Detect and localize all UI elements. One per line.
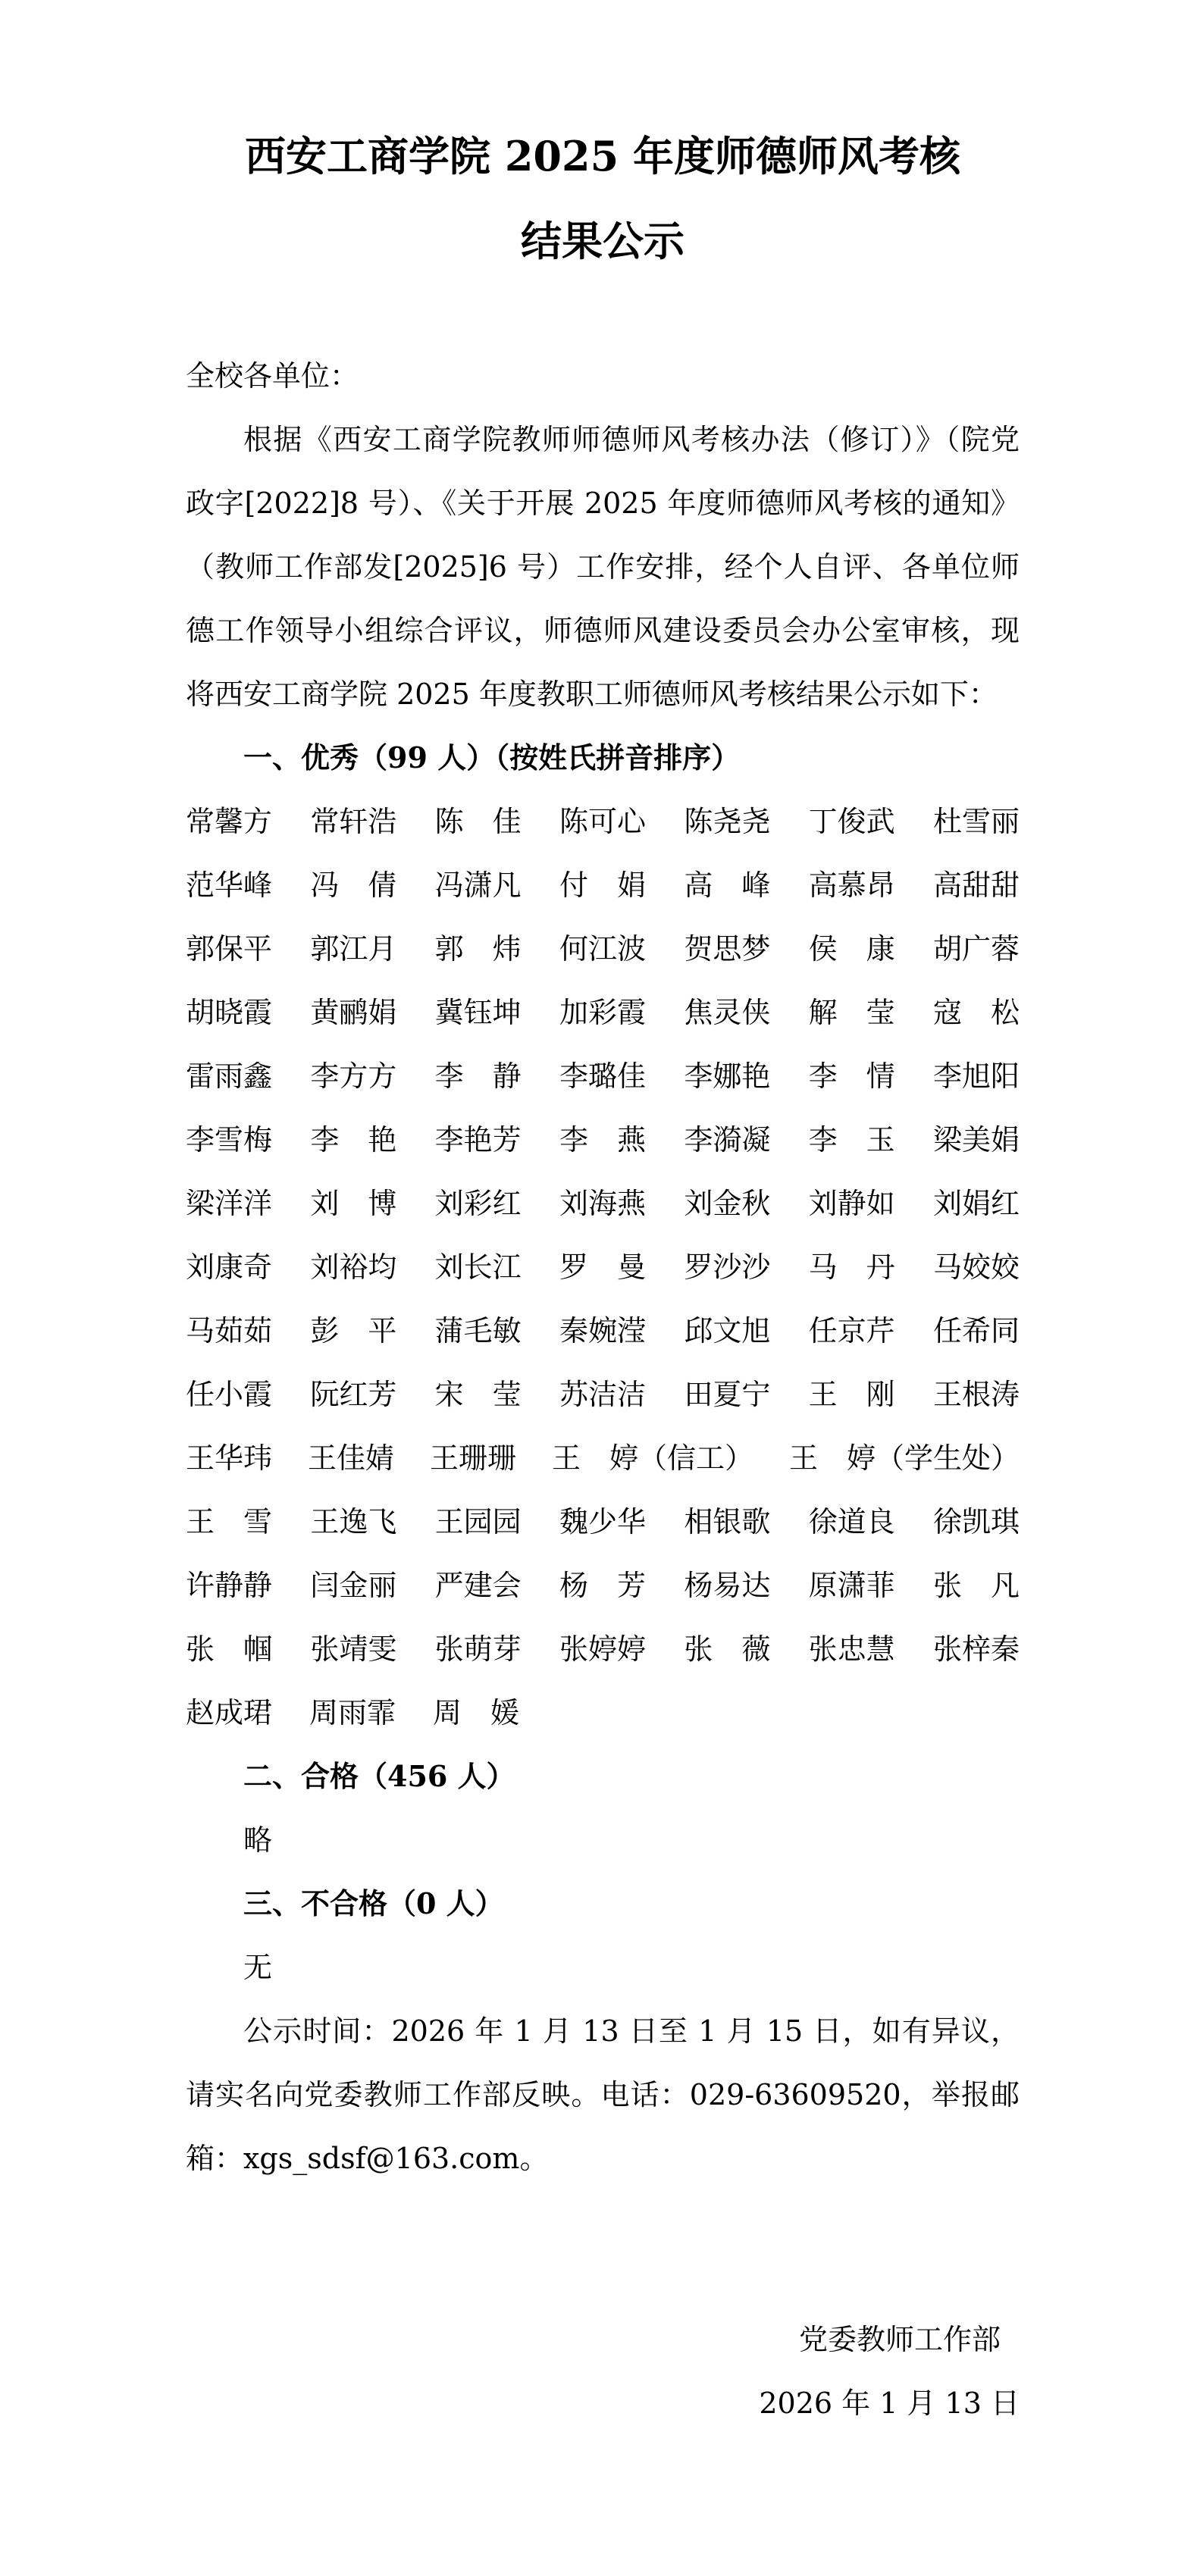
person-name: 彭 平 (310, 1299, 396, 1363)
person-name: 陈尧尧 (684, 790, 770, 853)
person-name: 冯潇凡 (435, 853, 522, 917)
title-line-2: 结果公示 (186, 199, 1020, 283)
person-name: 李 静 (435, 1044, 522, 1108)
person-name: 张 帼 (186, 1617, 272, 1681)
person-name: 张梓秦 (933, 1617, 1020, 1681)
person-name: 何江波 (559, 917, 646, 981)
person-name: 徐道良 (809, 1490, 895, 1554)
person-name: 罗沙沙 (684, 1235, 770, 1299)
person-name: 焦灵侠 (684, 981, 770, 1044)
document-title: 西安工商学院 2025 年度师德师风考核 结果公示 (186, 114, 1020, 283)
person-name: 王佳婧 (308, 1426, 394, 1490)
excellent-names-grid: 常馨方常轩浩陈 佳陈可心陈尧尧丁俊武杜雪丽范华峰冯 倩冯潇凡付 娟高 峰高慕昂高… (186, 790, 1020, 1745)
person-name: 范华峰 (186, 853, 272, 917)
person-name: 杨 芳 (559, 1554, 646, 1617)
person-name: 杜雪丽 (933, 790, 1020, 853)
person-name: 王逸飞 (310, 1490, 396, 1554)
person-name: 陈可心 (559, 790, 646, 853)
person-name: 梁美娟 (933, 1108, 1020, 1172)
person-name: 常馨方 (186, 790, 272, 853)
person-name: 郭 炜 (435, 917, 522, 981)
person-name: 冯 倩 (310, 853, 396, 917)
person-name: 李艳芳 (435, 1108, 522, 1172)
person-name: 胡广蓉 (933, 917, 1020, 981)
person-name: 李 燕 (559, 1108, 646, 1172)
person-name: 秦婉滢 (559, 1299, 646, 1363)
person-name: 刘康奇 (186, 1235, 272, 1299)
person-name: 原潇菲 (809, 1554, 895, 1617)
names-row: 张 帼张靖雯张萌芽张婷婷张 薇张忠慧张梓秦 (186, 1617, 1020, 1681)
person-name: 贺思梦 (684, 917, 770, 981)
person-name: 李旭阳 (933, 1044, 1020, 1108)
person-name: 李雪梅 (186, 1108, 272, 1172)
person-name: 王珊珊 (430, 1426, 516, 1490)
person-name: 任希同 (933, 1299, 1020, 1363)
section-3-heading: 三、不合格（0 人） (186, 1872, 1020, 1936)
names-row: 王 雪王逸飞王园园魏少华相银歌徐道良徐凯琪 (186, 1490, 1020, 1554)
person-name: 李漪凝 (684, 1108, 770, 1172)
person-name: 严建会 (435, 1554, 522, 1617)
person-name: 刘金秋 (684, 1172, 770, 1235)
person-name: 郭保平 (186, 917, 272, 981)
intro-paragraph: 根据《西安工商学院教师师德师风考核办法（修订）》（院党政字[2022]8 号）、… (186, 408, 1020, 726)
section-2-body: 略 (186, 1808, 1020, 1872)
names-row: 范华峰冯 倩冯潇凡付 娟高 峰高慕昂高甜甜 (186, 853, 1020, 917)
person-name: 李 情 (809, 1044, 895, 1108)
person-name: 王 雪 (186, 1490, 272, 1554)
person-name: 相银歌 (684, 1490, 770, 1554)
section-1-heading: 一、优秀（99 人）（按姓氏拼音排序） (186, 726, 1020, 790)
person-name: 李璐佳 (559, 1044, 646, 1108)
person-name: 付 娟 (559, 853, 646, 917)
person-name: 解 莹 (809, 981, 895, 1044)
person-name: 雷雨鑫 (186, 1044, 272, 1108)
person-name: 刘裕均 (310, 1235, 396, 1299)
person-name: 高慕昂 (809, 853, 895, 917)
person-name: 王 婷（学生处） (789, 1426, 1020, 1490)
person-name: 胡晓霞 (186, 981, 272, 1044)
person-name: 邱文旭 (684, 1299, 770, 1363)
person-name: 加彩霞 (559, 981, 646, 1044)
salutation: 全校各单位： (186, 344, 1020, 408)
person-name: 陈 佳 (435, 790, 522, 853)
person-name: 赵成珺 (186, 1681, 272, 1745)
person-name: 许静静 (186, 1554, 272, 1617)
person-name: 马茹茹 (186, 1299, 272, 1363)
names-row: 胡晓霞黄鹂娟冀钰坤加彩霞焦灵侠解 莹寇 松 (186, 981, 1020, 1044)
person-name: 李方方 (310, 1044, 396, 1108)
person-name: 张靖雯 (310, 1617, 396, 1681)
person-name: 张 凡 (933, 1554, 1020, 1617)
person-name: 冀钰坤 (435, 981, 522, 1044)
person-name: 杨易达 (684, 1554, 770, 1617)
person-name: 刘彩红 (435, 1172, 522, 1235)
person-name: 魏少华 (559, 1490, 646, 1554)
person-name: 刘海燕 (559, 1172, 646, 1235)
person-name: 闫金丽 (310, 1554, 396, 1617)
person-name: 刘 博 (310, 1172, 396, 1235)
person-name: 刘娟红 (933, 1172, 1020, 1235)
names-row: 刘康奇刘裕均刘长江罗 曼罗沙沙马 丹马姣姣 (186, 1235, 1020, 1299)
person-name: 苏洁洁 (559, 1363, 646, 1426)
signature-block: 党委教师工作部 2026 年 1 月 13 日 (186, 2308, 1020, 2435)
person-name: 王 刚 (809, 1363, 895, 1426)
person-name: 王 婷（信工） (552, 1426, 753, 1490)
person-name: 宋 莹 (435, 1363, 522, 1426)
person-name: 王园园 (435, 1490, 522, 1554)
person-name: 高甜甜 (933, 853, 1020, 917)
names-row: 郭保平郭江月郭 炜何江波贺思梦侯 康胡广蓉 (186, 917, 1020, 981)
person-name: 马姣姣 (933, 1235, 1020, 1299)
person-name: 黄鹂娟 (310, 981, 396, 1044)
person-name: 李 艳 (310, 1108, 396, 1172)
person-name: 张忠慧 (809, 1617, 895, 1681)
person-name: 丁俊武 (809, 790, 895, 853)
person-name: 罗 曼 (559, 1235, 646, 1299)
person-name: 张萌芽 (435, 1617, 522, 1681)
names-row: 李雪梅李 艳李艳芳李 燕李漪凝李 玉梁美娟 (186, 1108, 1020, 1172)
person-name: 马 丹 (809, 1235, 895, 1299)
person-name: 张 薇 (684, 1617, 770, 1681)
person-name: 田夏宁 (684, 1363, 770, 1426)
person-name: 徐凯琪 (933, 1490, 1020, 1554)
section-3-body: 无 (186, 1936, 1020, 1999)
person-name: 刘长江 (435, 1235, 522, 1299)
person-name: 王根涛 (933, 1363, 1020, 1426)
person-name: 郭江月 (310, 917, 396, 981)
title-line-1: 西安工商学院 2025 年度师德师风考核 (186, 114, 1020, 199)
person-name: 李娜艳 (684, 1044, 770, 1108)
person-name: 任京芹 (809, 1299, 895, 1363)
names-row: 赵成珺周雨霏周 媛 (186, 1681, 1020, 1745)
document-page: 西安工商学院 2025 年度师德师风考核 结果公示 全校各单位： 根据《西安工商… (0, 0, 1203, 2576)
person-name: 侯 康 (809, 917, 895, 981)
signature-date: 2026 年 1 月 13 日 (186, 2371, 1020, 2435)
names-row: 马茹茹彭 平蒲毛敏秦婉滢邱文旭任京芹任希同 (186, 1299, 1020, 1363)
notice-paragraph: 公示时间：2026 年 1 月 13 日至 1 月 15 日，如有异议，请实名向… (186, 1999, 1020, 2190)
person-name: 梁洋洋 (186, 1172, 272, 1235)
person-name: 阮红芳 (310, 1363, 396, 1426)
person-name: 李 玉 (809, 1108, 895, 1172)
names-row: 梁洋洋刘 博刘彩红刘海燕刘金秋刘静如刘娟红 (186, 1172, 1020, 1235)
signature-department: 党委教师工作部 (186, 2308, 1020, 2371)
person-name: 蒲毛敏 (435, 1299, 522, 1363)
person-name: 王华玮 (186, 1426, 272, 1490)
person-name: 张婷婷 (559, 1617, 646, 1681)
names-row: 任小霞阮红芳宋 莹苏洁洁田夏宁王 刚王根涛 (186, 1363, 1020, 1426)
person-name: 周 媛 (433, 1681, 519, 1745)
person-name: 任小霞 (186, 1363, 272, 1426)
names-row: 许静静闫金丽严建会杨 芳杨易达原潇菲张 凡 (186, 1554, 1020, 1617)
person-name: 周雨霏 (309, 1681, 396, 1745)
names-row: 雷雨鑫李方方李 静李璐佳李娜艳李 情李旭阳 (186, 1044, 1020, 1108)
names-row: 王华玮王佳婧王珊珊王 婷（信工）王 婷（学生处） (186, 1426, 1020, 1490)
person-name: 常轩浩 (310, 790, 396, 853)
section-2-heading: 二、合格（456 人） (186, 1745, 1020, 1808)
names-row: 常馨方常轩浩陈 佳陈可心陈尧尧丁俊武杜雪丽 (186, 790, 1020, 853)
person-name: 寇 松 (933, 981, 1020, 1044)
person-name: 刘静如 (809, 1172, 895, 1235)
person-name: 高 峰 (684, 853, 770, 917)
